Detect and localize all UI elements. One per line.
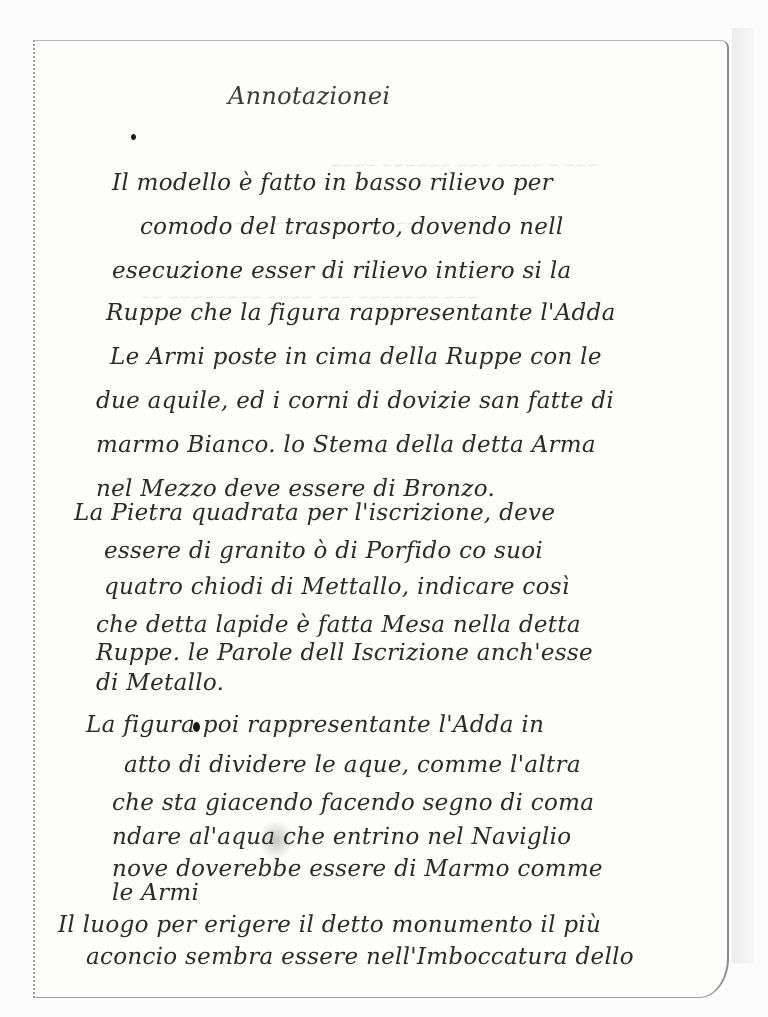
- page-edge-shadow: [732, 28, 754, 963]
- text-line: aconcio sembra essere nell'Imboccatura d…: [86, 944, 634, 970]
- page-title: Annotazionei: [228, 82, 390, 110]
- text-line: marmo Bianco. lo Stema della detta Arma: [96, 432, 596, 458]
- ink-blot: [131, 134, 136, 140]
- text-line: Il luogo per erigere il detto monumento …: [58, 912, 601, 938]
- text-line: La Pietra quadrata per l'iscrizione, dev…: [74, 500, 555, 526]
- text-line: di Metallo.: [96, 670, 224, 696]
- text-line: ndare al'aqua che entrino nel Naviglio: [112, 824, 571, 850]
- text-line: comodo del trasporto, dovendo nell: [140, 214, 564, 240]
- text-line: nel Mezzo deve essere di Bronzo.: [96, 476, 495, 502]
- text-line: Il modello è fatto in basso rilievo per: [112, 170, 553, 196]
- text-line: nove doverebbe essere di Marmo comme: [112, 856, 603, 882]
- ink-blot: [193, 722, 200, 732]
- text-line: quatro chiodi di Mettallo, indicare così: [104, 574, 570, 600]
- text-line: che sta giacendo facendo segno di coma: [112, 790, 594, 816]
- text-line: esecuzione esser di rilievo intiero si l…: [112, 258, 572, 284]
- text-line: due aquile, ed i corni di dovizie san fa…: [96, 388, 614, 414]
- text-line: Ruppe che la figura rappresentante l'Add…: [106, 300, 616, 326]
- text-line: Ruppe. le Parole dell Iscrizione anch'es…: [96, 640, 593, 666]
- text-line: le Armi: [112, 880, 199, 906]
- text-line: che detta lapide è fatta Mesa nella dett…: [96, 612, 581, 638]
- text-line: essere di granito ò di Porfido co suoi: [104, 538, 543, 564]
- text-line: La figura poi rappresentante l'Adda in: [86, 712, 544, 738]
- text-line: Le Armi poste in cima della Ruppe con le: [110, 344, 602, 370]
- text-line: atto di dividere le aque, comme l'altra: [124, 752, 581, 778]
